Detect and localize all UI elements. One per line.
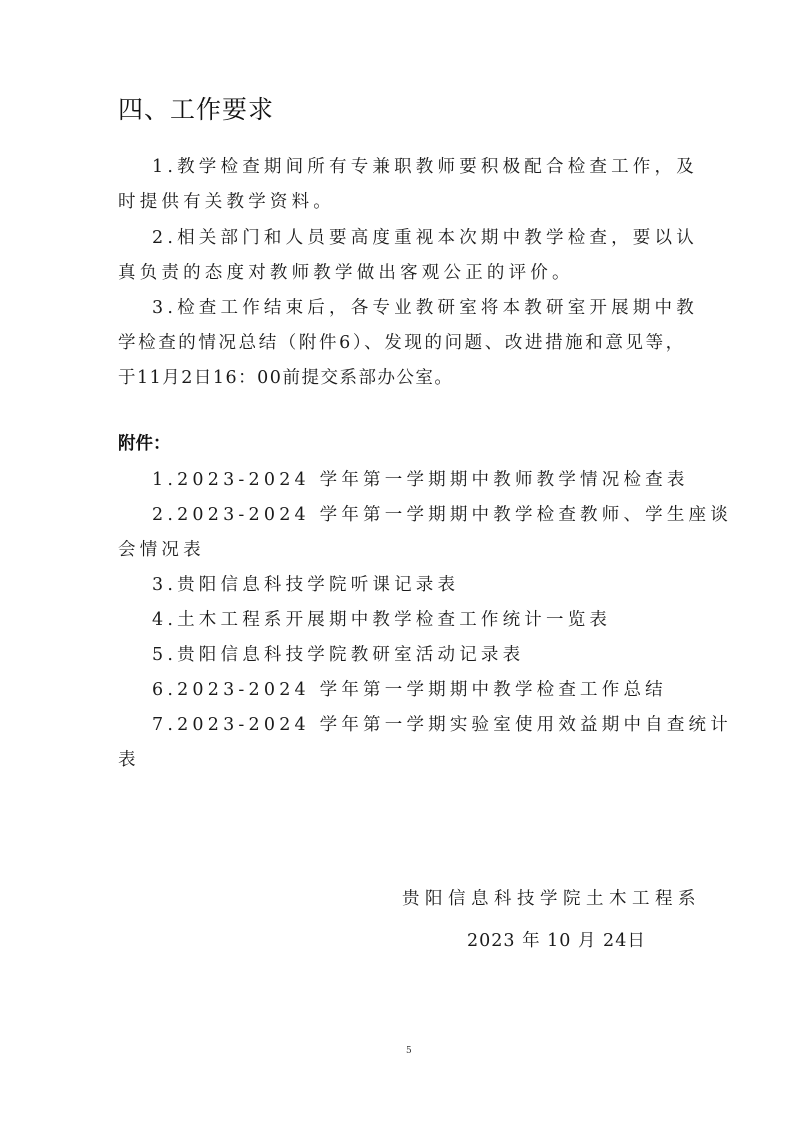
attachment-6: 6.2023-2024 学年第一学期期中教学检查工作总结 [152,676,667,701]
attachment-7-line-2: 表 [118,746,140,771]
attachment-7-line-1: 7.2023-2024 学年第一学期实验室使用效益期中自查统计 [152,711,732,736]
page-number: 5 [406,1046,412,1056]
signature-organization: 贵阳信息科技学院土木工程系 [402,885,701,910]
attachment-1: 1.2023-2024 学年第一学期期中教师教学情况检查表 [152,466,689,491]
attachment-4: 4.土木工程系开展期中教学检查工作统计一览表 [152,606,611,631]
requirement-2-line-2: 真负责的态度对教师教学做出客观公正的评价。 [118,259,574,284]
section-heading: 四、工作要求 [118,90,274,126]
requirement-3-line-1: 3.检查工作结束后，各专业教研室将本教研室开展期中教 [152,294,698,319]
requirement-2-line-1: 2.相关部门和人员要高度重视本次期中教学检查，要以认 [152,224,698,249]
requirement-1-line-2: 时提供有关教学资料。 [118,188,335,213]
requirement-1-line-1: 1.教学检查期间所有专兼职教师要积极配合检查工作，及 [152,153,698,178]
document-page: 四、工作要求 1.教学检查期间所有专兼职教师要积极配合检查工作，及 时提供有关教… [0,0,793,1122]
requirement-3-line-3: 于11月2日16：00前提交系部办公室。 [118,364,453,389]
requirement-3-line-2: 学检查的情况总结（附件6）、发现的问题、改进措施和意见等， [118,329,686,354]
attachments-title: 附件： [118,430,171,455]
attachment-5: 5.贵阳信息科技学院教研室活动记录表 [152,641,524,666]
attachment-3: 3.贵阳信息科技学院听课记录表 [152,571,459,596]
attachment-2-line-1: 2.2023-2024 学年第一学期期中教学检查教师、学生座谈 [152,501,732,526]
attachment-2-line-2: 会情况表 [118,536,205,561]
signature-date: 2023 年 10 月 24日 [467,927,646,952]
